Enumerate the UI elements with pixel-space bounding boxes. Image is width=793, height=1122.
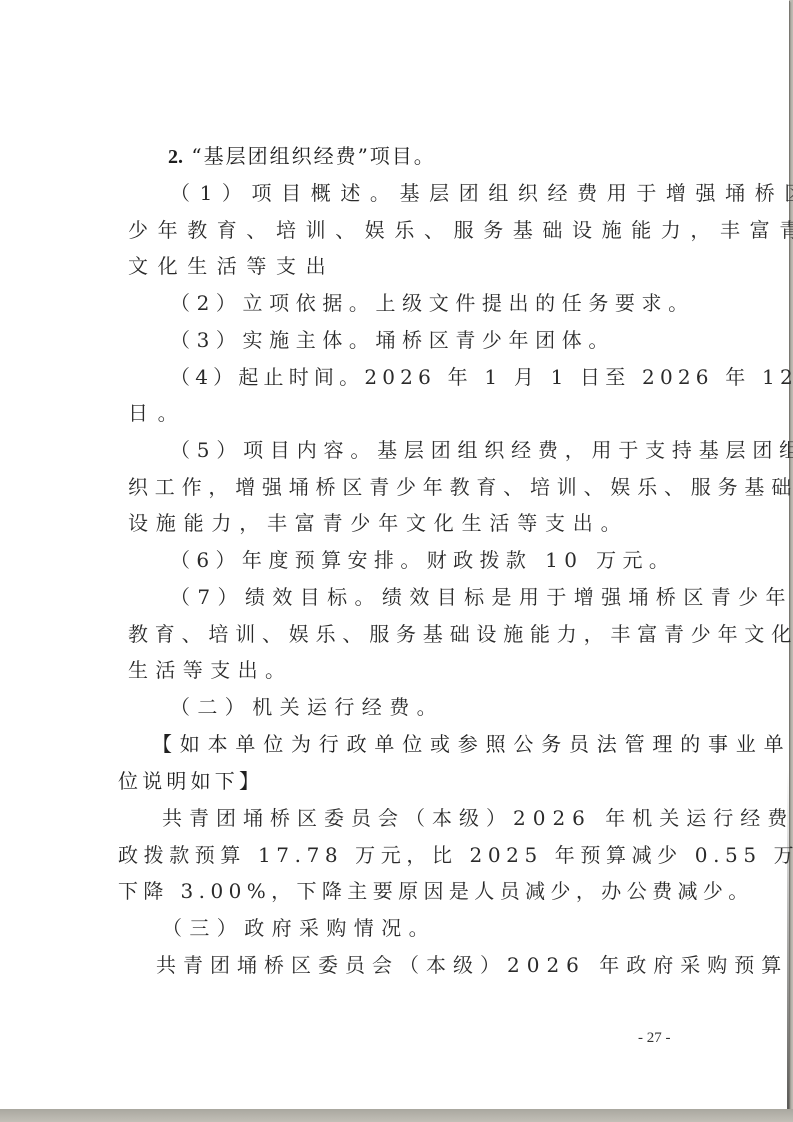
- paragraph-line: 教育、培训、娱乐、服务基础设施能力，丰富青少年文化: [128, 621, 793, 647]
- paragraph-line: 生活等支出。: [128, 657, 292, 683]
- document-page: 2. “基层团组织经费”项目。 （1）项目概述。基层团组织经费用于增强埇桥区青 …: [0, 0, 789, 1110]
- paragraph-line: 共青团埇桥区委员会（本级）2026 年机关运行经费财: [162, 805, 793, 831]
- paragraph-line: （6）年度预算安排。财政拨款 10 万元。: [170, 547, 675, 573]
- subsection-heading: （二）机关运行经费。: [170, 694, 444, 720]
- paragraph-line: 文化生活等支出: [128, 253, 335, 279]
- paragraph-line: 政拨款预算 17.78 万元，比 2025 年预算减少 0.55 万元，: [118, 842, 793, 868]
- page-edge-shadow: [787, 770, 789, 1110]
- paragraph-line: 设施能力，丰富青少年文化生活等支出。: [128, 510, 628, 536]
- section-heading: 2. “基层团组织经费”项目。: [168, 143, 436, 170]
- page-bottom-edge: [0, 1109, 793, 1122]
- paragraph-line: （7）绩效目标。绩效目标是用于增强埇桥区青少年: [170, 584, 793, 610]
- section-title: “基层团组织经费”项目。: [191, 144, 435, 168]
- paragraph-line: （3）实施主体。埇桥区青少年团体。: [170, 327, 615, 353]
- paragraph-line: （2）立项依据。上级文件提出的任务要求。: [170, 290, 695, 316]
- paragraph-line: （5）项目内容。基层团组织经费，用于支持基层团组: [170, 437, 793, 463]
- subsection-heading: （三）政府采购情况。: [162, 915, 436, 941]
- paragraph-line: 日。: [128, 400, 187, 426]
- section-number: 2.: [168, 146, 183, 168]
- bracket-note-line: 位说明如下】: [118, 768, 263, 794]
- paragraph-line: （4）起止时间。2026 年 1 月 1 日至 2026 年 12 月 31: [170, 364, 793, 390]
- bracket-note-line: 【如本单位为行政单位或参照公务员法管理的事业单: [152, 731, 791, 757]
- paragraph-line: 共青团埇桥区委员会（本级）2026 年政府采购预算 0: [156, 952, 793, 978]
- page-number: - 27 -: [638, 1030, 671, 1047]
- paragraph-line: 织工作，增强埇桥区青少年教育、培训、娱乐、服务基础: [128, 474, 793, 500]
- paragraph-line: （1）项目概述。基层团组织经费用于增强埇桥区青: [170, 180, 793, 206]
- paragraph-line: 下降 3.00%，下降主要原因是人员减少，办公费减少。: [118, 878, 754, 904]
- paragraph-line: 少年教育、培训、娱乐、服务基础设施能力，丰富青少年: [128, 217, 793, 243]
